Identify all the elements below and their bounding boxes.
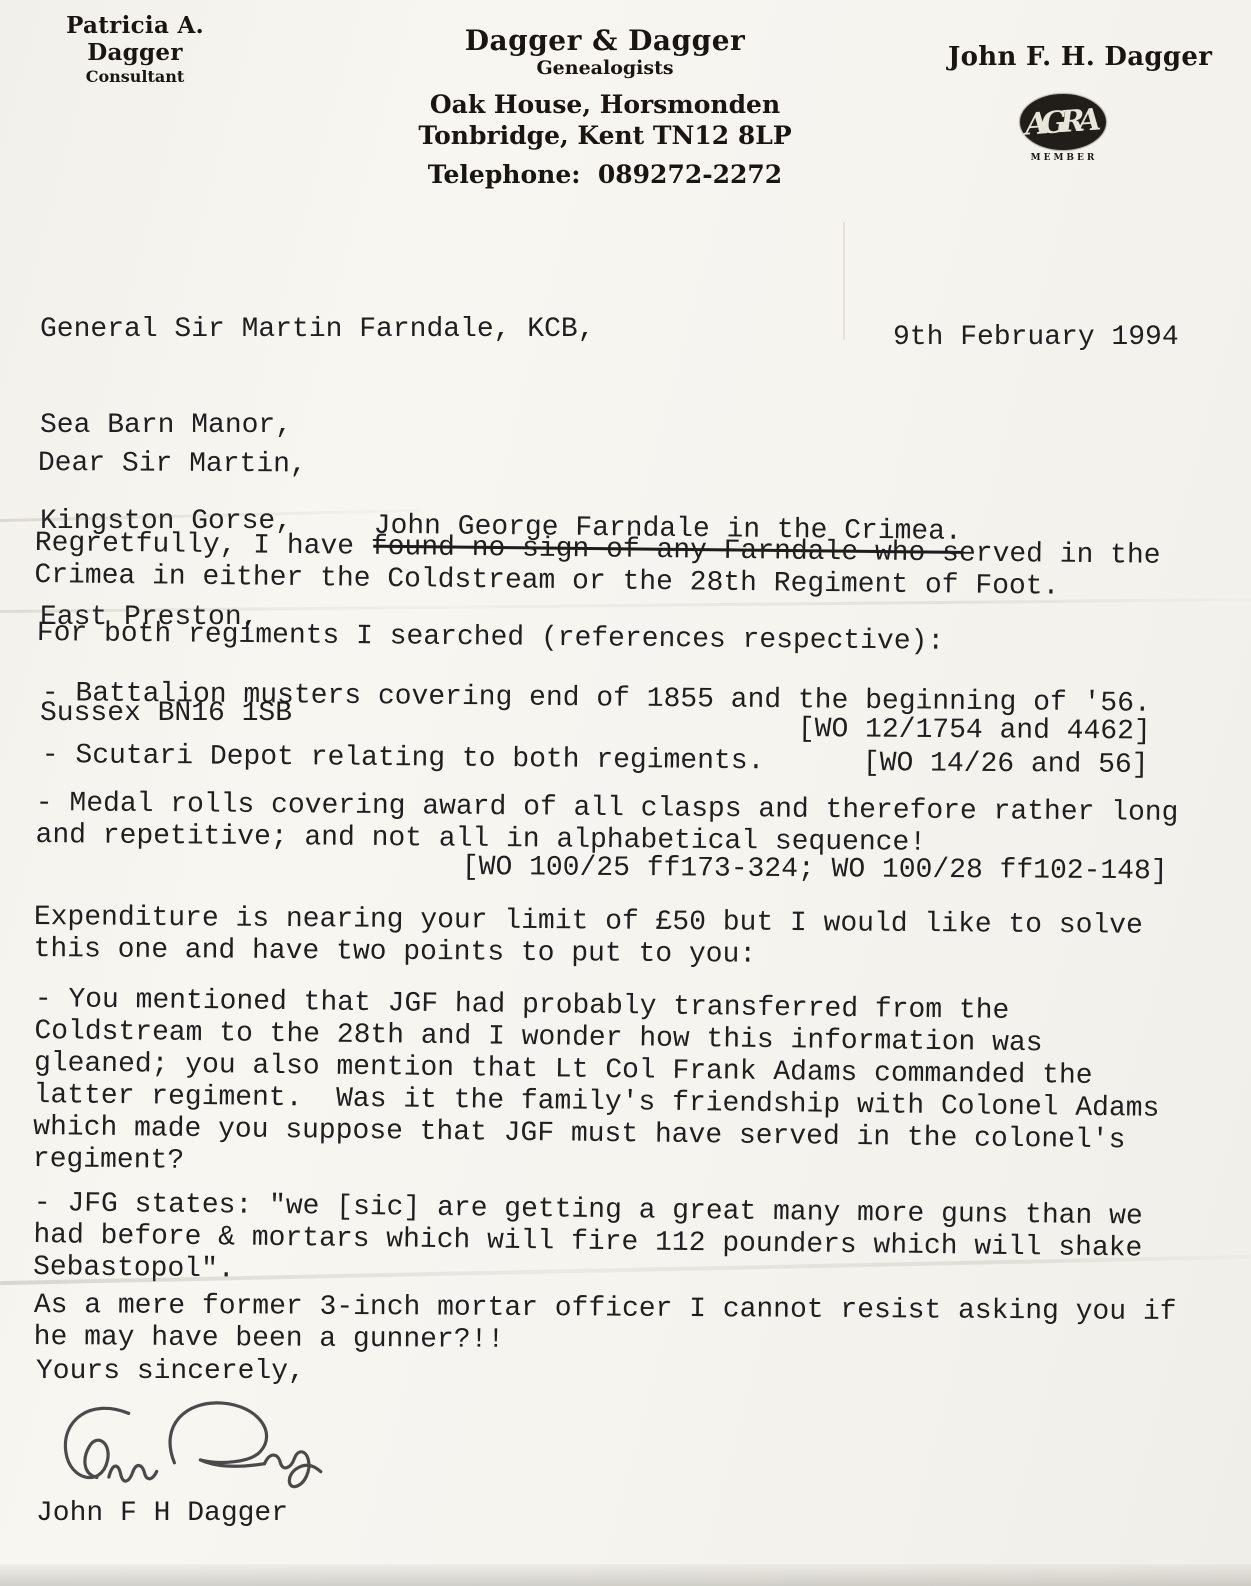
letter-page: Patricia A. Dagger Consultant Dagger & D… (0, 0, 1251, 1586)
recipient-line: General Sir Martin Farndale, KCB, (40, 314, 595, 346)
logo-oval-icon: AGRA (1020, 94, 1106, 150)
firm-telephone: Telephone: 089272-2272 (395, 160, 815, 189)
letter-date: 9th February 1994 (893, 322, 1179, 354)
paragraph-gunner: As a mere former 3-inch mortar officer I… (34, 1290, 1177, 1361)
reference-medal-rolls: [WO 100/25 ff173-324; WO 100/28 ff102-14… (462, 852, 1168, 888)
closing: Yours sincerely, (36, 1356, 305, 1388)
salutation: Dear Sir Martin, (38, 448, 307, 481)
handwritten-signature (50, 1391, 344, 1511)
letterhead-firm-block: Dagger & Dagger Genealogists Oak House, … (395, 24, 815, 189)
firm-address-line2: Tonbridge, Kent TN12 8LP (395, 120, 815, 151)
bullet-jfg-guns: - JFG states: "we [sic] are getting a gr… (33, 1188, 1143, 1298)
reference-musters: [WO 12/1754 and 4462] (798, 714, 1151, 748)
signature-stroke-d (169, 1401, 268, 1468)
typed-signature-name: John F H Dagger (36, 1498, 288, 1530)
signature-stroke-ohn (108, 1465, 157, 1482)
partner-name: John F. H. Dagger (948, 42, 1212, 72)
bullet-medal-rolls: - Medal rolls covering award of all clas… (35, 788, 1178, 862)
firm-name: Dagger & Dagger (395, 24, 815, 57)
reference-scutari: [WO 14/26 and 56] (863, 748, 1149, 782)
bullet-jgf-transfer: - You mentioned that JGF had probably tr… (33, 984, 1161, 1190)
letterhead-consultant-block: Patricia A. Dagger Consultant (25, 12, 245, 86)
signature-stroke-agger (264, 1451, 321, 1488)
bullet-scutari-depot: - Scutari Depot relating to both regimen… (42, 740, 765, 778)
logo-monogram: AGRA (1024, 102, 1101, 142)
scan-bottom-edge (0, 1564, 1251, 1586)
logo-member-label: MEMBER (1020, 153, 1108, 163)
signature-stroke-j (64, 1407, 131, 1478)
paragraph-expenditure: Expenditure is nearing your limit of £50… (33, 902, 1142, 975)
consultant-name: Patricia A. Dagger (25, 12, 245, 66)
firm-address-line1: Oak House, Horsmonden (395, 89, 815, 120)
paper-crease (843, 222, 845, 340)
firm-subtitle: Genealogists (395, 57, 815, 79)
paragraph-regret: Regretfully, I have found no sign of any… (34, 528, 1160, 605)
recipient-line: Sea Barn Manor, (40, 410, 595, 442)
consultant-title: Consultant (25, 67, 245, 86)
agra-member-logo: AGRA MEMBER (1020, 94, 1108, 163)
